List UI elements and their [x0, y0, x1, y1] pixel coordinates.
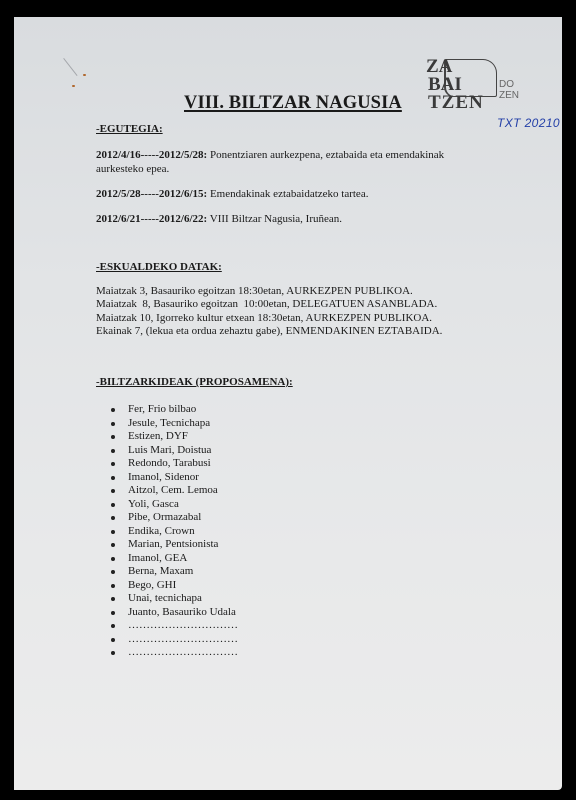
list-item-text: ………………………… [128, 619, 238, 631]
list-item-text: Fer, Frio bilbao [128, 403, 196, 415]
bullet-icon [111, 611, 115, 615]
list-item-text: Unai, tecnichapa [128, 592, 202, 604]
list-item-text: Jesule, Tecnichapa [128, 417, 210, 429]
list-item-text: ………………………… [128, 646, 238, 658]
list-item-text: ………………………… [128, 633, 238, 645]
stain-speck [83, 74, 86, 76]
bullet-icon [111, 503, 115, 507]
list-item-text: Pibe, Ormazabal [128, 511, 201, 523]
calendar-entry: 2012/6/21-----2012/6/22: VIII Biltzar Na… [96, 212, 342, 226]
bullet-icon [111, 489, 115, 493]
list-item-text: Berna, Maxam [128, 565, 193, 577]
bullet-icon [111, 435, 115, 439]
bullet-icon [111, 449, 115, 453]
calendar-entry-text-cont: aurkesteko epea. [96, 163, 169, 175]
bullet-icon [111, 651, 115, 655]
bullet-icon [111, 408, 115, 412]
list-item-text: Juanto, Basauriko Udala [128, 606, 236, 618]
calendar-entry-dates: 2012/6/21-----2012/6/22: [96, 213, 207, 225]
section-heading-biltzarkideak: -BILTZARKIDEAK (PROPOSAMENA): [96, 376, 293, 388]
stamp-side-text: DO ZEN [499, 79, 519, 101]
list-item-text: Luis Mari, Doistua [128, 444, 211, 456]
list-item-text: Imanol, Sidenor [128, 471, 199, 483]
list-item-text: Bego, GHI [128, 579, 176, 591]
list-item-text: Yoli, Gasca [128, 498, 179, 510]
document-title: VIII. BILTZAR NAGUSIA [184, 93, 402, 114]
bullet-icon [111, 530, 115, 534]
calendar-entry-text: Emendakinak eztabaidatzeko tartea. [207, 188, 368, 200]
bullet-icon [111, 422, 115, 426]
bullet-icon [111, 543, 115, 547]
section-heading-egutegia: -EGUTEGIA: [96, 123, 163, 135]
stamp-side-line-1: DO [499, 79, 519, 90]
list-item-text: Estizen, DYF [128, 430, 188, 442]
calendar-entry: 2012/5/28-----2012/6/15: Emendakinak ezt… [96, 187, 368, 201]
handwritten-note: TXT 20210 [497, 116, 560, 130]
bullet-icon [111, 624, 115, 628]
list-item-text: Endika, Crown [128, 525, 195, 537]
regional-date-line: Maiatzak 10, Igorreko kultur etxean 18:3… [96, 312, 442, 325]
archive-stamp: ZA BAI TZEN DO ZEN TXT 20210 [422, 55, 562, 139]
list-item-text: Marian, Pentsionista [128, 538, 218, 550]
calendar-entry-dates: 2012/4/16-----2012/5/28: [96, 149, 207, 161]
bullet-icon [111, 476, 115, 480]
document-page: VIII. BILTZAR NAGUSIA ZA BAI TZEN DO ZEN… [14, 17, 562, 790]
stamp-line-2: BAI [428, 77, 462, 93]
regional-dates: Maiatzak 3, Basauriko egoitzan 18:30etan… [96, 285, 442, 339]
stamp-side-line-2: ZEN [499, 90, 519, 101]
calendar-entry-dates: 2012/5/28-----2012/6/15: [96, 188, 207, 200]
bullet-icon [111, 557, 115, 561]
bullet-icon [111, 597, 115, 601]
stamp-line-3: TZEN [428, 95, 484, 111]
stamp-line-1: ZA [426, 59, 452, 75]
bullet-icon [111, 462, 115, 466]
section-heading-eskualdeko-datak: -ESKUALDEKO DATAK: [96, 261, 222, 273]
calendar-entry-text: VIII Biltzar Nagusia, Iruñean. [207, 213, 342, 225]
regional-date-line: Maiatzak 3, Basauriko egoitzan 18:30etan… [96, 285, 442, 298]
bullet-icon [111, 584, 115, 588]
bullet-icon [111, 638, 115, 642]
list-item-text: Redondo, Tarabusi [128, 457, 211, 469]
calendar-entry-text: Ponentziaren aurkezpena, eztabaida eta e… [207, 149, 444, 161]
stain-speck [72, 85, 75, 87]
calendar-entry: 2012/4/16-----2012/5/28: Ponentziaren au… [96, 148, 444, 176]
bullet-icon [111, 516, 115, 520]
list-item-text: Imanol, GEA [128, 552, 187, 564]
bullet-icon [111, 570, 115, 574]
regional-date-line: Ekainak 7, (lekua eta ordua zehaztu gabe… [96, 325, 442, 338]
list-item-text: Aitzol, Cem. Lemoa [128, 484, 218, 496]
pencil-mark [63, 58, 77, 76]
regional-date-line: Maiatzak 8, Basauriko egoitzan 10:00etan… [96, 298, 442, 311]
